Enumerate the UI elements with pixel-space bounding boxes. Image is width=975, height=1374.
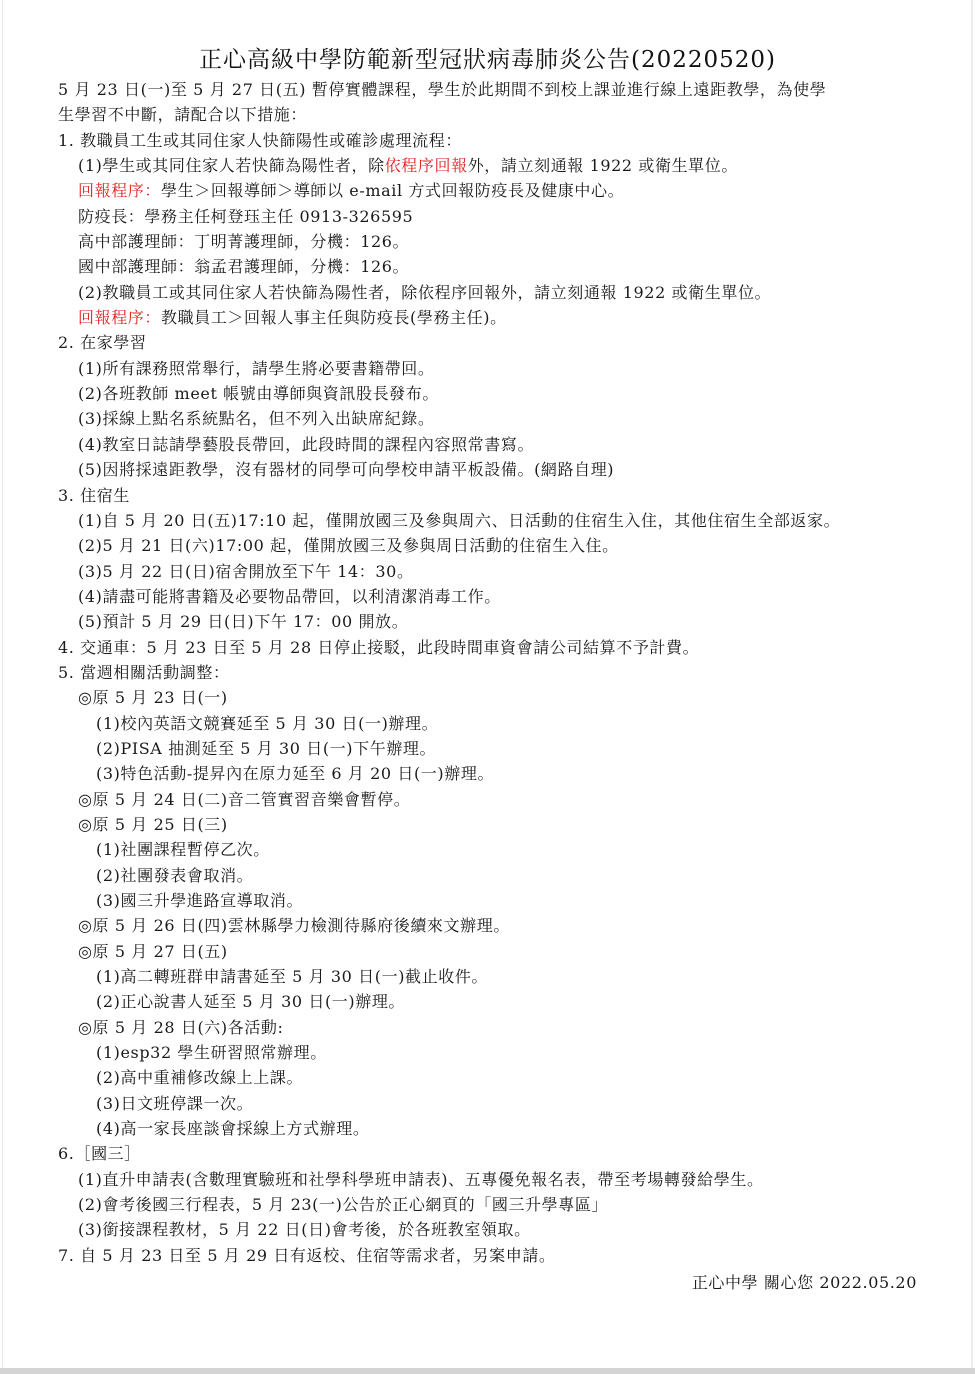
day-heading: ◎原 5 月 26 日(四)雲林縣學力檢測待縣府後續來文辦理。 <box>58 913 918 938</box>
procedure-text: 學生＞回報導師＞導師以 e-mail 方式回報防疫長及健康中心。 <box>161 181 624 200</box>
nurse-junior-high: 國中部護理師：翁孟君護理師，分機：126。 <box>58 254 918 279</box>
document-title: 正心高級中學防範新型冠狀病毒肺炎公告(20220520) <box>0 44 975 76</box>
section-2-item: (3)採線上點名系統點名，但不列入出缺席紀錄。 <box>58 406 918 431</box>
nurse-high-school: 高中部護理師：丁明菁護理師，分機：126。 <box>58 229 918 254</box>
section-3-item: (3)5 月 22 日(日)宿舍開放至下午 14：30。 <box>58 559 918 584</box>
section-2-item: (5)因將採遠距教學，沒有器材的同學可向學校申請平板設備。(網路自理) <box>58 457 918 482</box>
section-6-item: (1)直升申請表(含數理實驗班和社學科學班申請表)、五專優免報名表，帶至考場轉發… <box>58 1167 918 1192</box>
day-heading: ◎原 5 月 23 日(一) <box>58 685 918 710</box>
section-3-item: (1)自 5 月 20 日(五)17:10 起，僅開放國三及參與周六、日活動的住… <box>58 508 918 533</box>
section-5-heading: 5. 當週相關活動調整： <box>58 660 918 685</box>
document-body: 5 月 23 日(一)至 5 月 27 日(五) 暫停實體課程，學生於此期間不到… <box>58 77 918 1268</box>
signature: 正心中學 關心您 2022.05.20 <box>692 1270 917 1295</box>
procedure-text: 教職員工＞回報人事主任與防疫長(學務主任)。 <box>161 308 507 327</box>
section-3-heading: 3. 住宿生 <box>58 483 918 508</box>
section-1-item-1: (1)學生或其同住家人若快篩為陽性者，除依程序回報外，請立刻通報 1922 或衛… <box>58 153 918 178</box>
day-item: (1)高二轉班群申請書延至 5 月 30 日(一)截止收件。 <box>58 964 918 989</box>
day-item: (2)正心說書人延至 5 月 30 日(一)辦理。 <box>58 989 918 1014</box>
section-3-item: (2)5 月 21 日(六)17:00 起，僅開放國三及參與周日活動的住宿生入住… <box>58 533 918 558</box>
day-item: (4)高一家長座談會採線上方式辦理。 <box>58 1116 918 1141</box>
day-item: (2)高中重補修改線上上課。 <box>58 1065 918 1090</box>
section-1-heading: 1. 教職員工生或其同住家人快篩陽性或確診處理流程： <box>58 128 918 153</box>
intro-line-1: 5 月 23 日(一)至 5 月 27 日(五) 暫停實體課程，學生於此期間不到… <box>58 77 918 102</box>
section-4-heading: 4. 交通車：5 月 23 日至 5 月 28 日停止接駁，此段時間車資會請公司… <box>58 635 918 660</box>
section-2-item: (4)教室日誌請學藝股長帶回，此段時間的課程內容照常書寫。 <box>58 432 918 457</box>
report-procedure-staff: 回報程序：教職員工＞回報人事主任與防疫長(學務主任)。 <box>58 305 918 330</box>
day-item: (1)校內英語文競賽延至 5 月 30 日(一)辦理。 <box>58 711 918 736</box>
day-item: (2)PISA 抽測延至 5 月 30 日(一)下午辦理。 <box>58 736 918 761</box>
highlight-text: 依程序回報 <box>385 156 468 175</box>
procedure-label: 回報程序： <box>78 308 161 327</box>
intro-line-2: 生學習不中斷，請配合以下措施： <box>58 102 918 127</box>
day-heading: ◎原 5 月 27 日(五) <box>58 939 918 964</box>
section-6-item: (3)銜接課程教材，5 月 22 日(日)會考後，於各班教室領取。 <box>58 1217 918 1242</box>
day-item: (1)esp32 學生研習照常辦理。 <box>58 1040 918 1065</box>
section-2-item: (2)各班教師 meet 帳號由導師與資訊股長發布。 <box>58 381 918 406</box>
day-item: (3)國三升學進路宣導取消。 <box>58 888 918 913</box>
day-item: (2)社團發表會取消。 <box>58 863 918 888</box>
day-heading: ◎原 5 月 28 日(六)各活動: <box>58 1015 918 1040</box>
day-item: (3)日文班停課一次。 <box>58 1091 918 1116</box>
item-text: 外，請立刻通報 1922 或衛生單位。 <box>468 156 738 175</box>
section-2-item: (1)所有課務照常舉行，請學生將必要書籍帶回。 <box>58 356 918 381</box>
day-heading: ◎原 5 月 24 日(二)音二管實習音樂會暫停。 <box>58 787 918 812</box>
report-procedure-students: 回報程序：學生＞回報導師＞導師以 e-mail 方式回報防疫長及健康中心。 <box>58 178 918 203</box>
section-1-item-2: (2)教職員工或其同住家人若快篩為陽性者，除依程序回報外，請立刻通報 1922 … <box>58 280 918 305</box>
day-item: (3)特色活動-提昇內在原力延至 6 月 20 日(一)辦理。 <box>58 761 918 786</box>
section-7-heading: 7. 自 5 月 23 日至 5 月 29 日有返校、住宿等需求者，另案申請。 <box>58 1243 918 1268</box>
page-bottom-edge <box>0 1368 975 1374</box>
section-6-heading: 6.［國三］ <box>58 1141 918 1166</box>
day-heading: ◎原 5 月 25 日(三) <box>58 812 918 837</box>
item-text: (1)學生或其同住家人若快篩為陽性者，除 <box>78 156 385 175</box>
section-3-item: (4)請盡可能將書籍及必要物品帶回，以利清潔消毒工作。 <box>58 584 918 609</box>
section-3-item: (5)預計 5 月 29 日(日)下午 17：00 開放。 <box>58 609 918 634</box>
day-item: (1)社團課程暫停乙次。 <box>58 837 918 862</box>
epidemic-officer: 防疫長：學務主任柯登珏主任 0913-326595 <box>58 204 918 229</box>
section-2-heading: 2. 在家學習 <box>58 330 918 355</box>
section-6-item: (2)會考後國三行程表，5 月 23(一)公告於正心網頁的「國三升學專區」 <box>58 1192 918 1217</box>
procedure-label: 回報程序： <box>78 181 161 200</box>
